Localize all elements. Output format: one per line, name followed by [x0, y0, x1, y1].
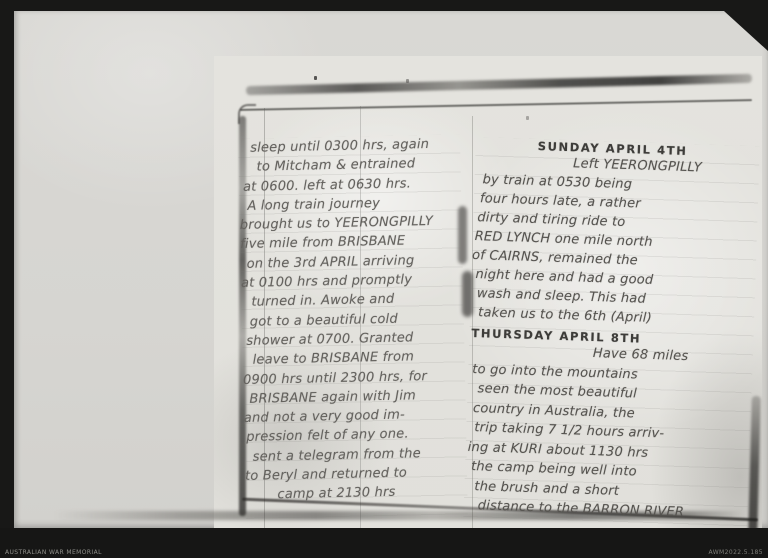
- scanned-diary-photograph: sleep until 0300 hrs, again to Mitcham &…: [0, 0, 768, 558]
- scanned-paper-sheet: sleep until 0300 hrs, again to Mitcham &…: [14, 11, 768, 528]
- awm-credit-label: AUSTRALIAN WAR MEMORIAL: [5, 549, 102, 556]
- diary-left-page: sleep until 0300 hrs, again to Mitcham &…: [238, 134, 468, 519]
- diary-entry-thursday: Have 68 miles to go into the mountains s…: [463, 340, 753, 525]
- scan-specks: [314, 76, 317, 80]
- scan-frame-bottom: [0, 528, 768, 558]
- notebook-top-edge-line: [240, 99, 752, 111]
- notebook-top-edge-smudge: [246, 74, 752, 95]
- diary-right-page: SUNDAY APRIL 4TH Left YEERONGPILLY by tr…: [463, 137, 760, 538]
- scan-frame-top: [0, 0, 768, 11]
- diary-line: camp at 2130 hrs: [277, 482, 467, 505]
- diary-entry-sunday: Left YEERONGPILLY by train at 0530 being…: [470, 151, 760, 331]
- scan-frame-left: [0, 0, 14, 558]
- catalog-id-label: AWM2022.5.185: [709, 549, 763, 556]
- notebook-corner-line: [238, 104, 256, 124]
